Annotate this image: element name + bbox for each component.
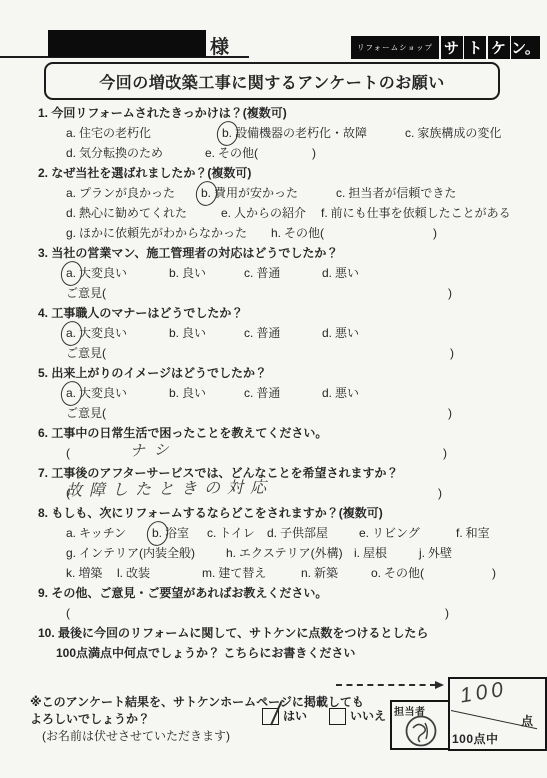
option-q2-a: a.プランが良かった [66,186,201,201]
option-key: d. [66,146,76,161]
question-1-options-row: a.住宅の老朽化b.設備機器の老朽化・故障c.家族構成の変化 [30,126,542,141]
close-paren: ) [312,146,316,161]
option-key: d. [322,386,332,401]
question-6-answer-line: (ナシ) [30,446,542,461]
option-label: 普通 [256,386,280,400]
option-label: 屋根 [363,546,387,560]
option-q1-e: e.その他( [205,146,258,161]
option-label: 熱心に勧めてくれた [79,206,187,220]
close-paren: ) [433,226,437,241]
option-label: プランが良かった [79,186,175,200]
option-q3-b: b.良い [169,266,244,281]
question-3-options-row: a.大変良いb.良いc.普通d.悪い [30,266,542,281]
question-8-text: 8. もしも、次にリフォームするならどこをされますか？(複数可) [30,506,542,521]
question-8-options-row: a.キッチンb.浴室c.トイレd.子供部屋e.リビングf.和室 [30,526,542,541]
yes-label: はい [283,708,307,725]
option-q5-c: c.普通 [244,386,322,401]
option-q3-d: d.悪い [322,266,359,281]
circled-answer-mark: b. [222,126,232,141]
score-denominator-label: 100点中 [452,730,499,747]
option-key: g. [66,546,76,561]
answer-line-label: ご意見( [66,286,106,301]
option-key: c. [244,386,253,401]
question-5: 5. 出来上がりのイメージはどうでしたか？a.大変良いb.良いc.普通d.悪いご… [30,366,542,421]
satoken-logo: リフォームショップ サ ト ケ ン。 [351,36,540,59]
option-label: キッチン [79,526,126,540]
question-2-options-row: d.熱心に勧めてくれたe.人からの紹介f.前にも仕事を依頼したことがある [30,206,542,221]
option-label: その他( [384,566,424,580]
option-label: 浴室 [165,526,189,540]
question-3-answer-line: ご意見() [30,286,542,301]
redacted-name-block [48,30,206,57]
option-key: d. [66,206,76,221]
option-key: a. [66,526,76,541]
option-label: リビング [372,526,420,540]
option-q1-b: b.設備機器の老朽化・故障 [222,126,405,141]
question-2-options-row: a.プランが良かったb.費用が安かったc.担当者が信頼できた [30,186,542,201]
option-label: 外壁 [428,546,452,560]
question-10-text2: 100点満点中何点でしょうか？ こちらにお書きください [30,646,542,661]
option-key: j. [419,546,425,561]
option-label: 大変良い [79,326,127,340]
answer-line-label: ( [66,606,70,621]
option-label: 改装 [126,566,150,580]
questions: 1. 今回リフォームされたきっかけは？(複数可)a.住宅の老朽化b.設備機器の老… [30,106,542,666]
no-label: いいえ [350,708,386,725]
close-paren: ) [492,566,496,581]
logo-prefix-text: リフォームショップ [351,36,439,59]
option-key: b. [169,386,179,401]
question-7-text: 7. 工事後のアフターサービスでは、どんなことを希望されますか？ [30,466,542,481]
question-10-text: 10. 最後に今回のリフォームに関して、サトケンに点数をつけるとしたら [30,626,542,641]
yes-checkbox [262,708,279,725]
anonymity-note: (お名前は伏せさせていただきます) [30,728,410,745]
option-label: エクステリア(外構) [239,546,343,560]
option-key: h. [226,546,236,561]
option-key: a. [66,186,76,201]
option-label: 和室 [466,526,490,540]
option-key: e. [359,526,369,541]
option-q4-b: b.良い [169,326,244,341]
staff-stamp-box: 担当者 [390,700,450,750]
option-q8-f: f.和室 [456,526,490,541]
question-8: 8. もしも、次にリフォームするならどこをされますか？(複数可)a.キッチンb.… [30,506,542,581]
option-q8-i: i.屋根 [354,546,419,561]
circled-answer-mark: a. [66,386,76,401]
option-label: 悪い [335,266,359,280]
option-key: l. [117,566,123,581]
option-key: c. [405,126,414,141]
option-q8-d: d.子供部屋 [267,526,359,541]
option-q8-b: b.浴室 [152,526,207,541]
form-title: 今回の増改築工事に関するアンケートのお願い [44,62,500,100]
publish-consent-choices: はい いいえ [262,708,386,725]
option-label: 増築 [78,566,102,580]
option-q8-g: g.インテリア(内装全般) [66,546,226,561]
circled-answer-mark: b. [152,526,162,541]
logo-letter-block: ト [464,36,486,59]
option-label: 普通 [256,266,280,280]
question-1: 1. 今回リフォームされたきっかけは？(複数可)a.住宅の老朽化b.設備機器の老… [30,106,542,161]
option-q3-c: c.普通 [244,266,322,281]
no-checkbox [329,708,346,725]
question-7: 7. 工事後のアフターサービスでは、どんなことを希望されますか？(故障したときの… [30,466,542,501]
question-2: 2. なぜ当社を選ばれましたか？(複数可)a.プランが良かったb.費用が安かった… [30,166,542,241]
answer-line-label: ( [66,446,70,461]
option-q2-e: e.人からの紹介 [221,206,321,221]
option-q5-a: a.大変良い [66,386,169,401]
option-label: 普通 [256,326,280,340]
close-paren: ) [443,446,447,461]
option-label: 良い [182,266,206,280]
close-paren: ) [448,406,452,421]
option-key: e. [221,206,231,221]
option-label: 費用が安かった [214,186,298,200]
option-q8-m: m.建て替え [202,566,301,581]
option-label: 新築 [314,566,338,580]
question-6-text: 6. 工事中の日常生活で困ったことを教えてください。 [30,426,542,441]
option-label: 大変良い [79,386,127,400]
question-2-text: 2. なぜ当社を選ばれましたか？(複数可) [30,166,542,181]
option-label: 子供部屋 [280,526,328,540]
option-q2-h: h.その他( [271,226,324,241]
option-label: 気分転換のため [79,146,163,160]
option-key: n. [301,566,311,581]
answer-line-label: ご意見( [66,346,106,361]
option-q1-d: d.気分転換のため [66,146,205,161]
question-5-answer-line: ご意見() [30,406,542,421]
circled-answer-mark: a. [66,326,76,341]
option-q8-k: k.増築 [66,566,117,581]
option-label: 良い [182,386,206,400]
question-9-answer-line: () [30,606,542,621]
option-q8-h: h.エクステリア(外構) [226,546,354,561]
option-label: その他( [218,146,258,160]
option-label: 人からの紹介 [234,206,306,220]
logo-letter-block: ケ [488,36,510,59]
option-key: d. [322,266,332,281]
option-label: 家族構成の変化 [417,126,501,140]
question-4-text: 4. 工事職人のマナーはどうでしたか？ [30,306,542,321]
option-q5-d: d.悪い [322,386,359,401]
staff-stamp-icon [404,714,438,748]
answer-line-label: ご意見( [66,406,106,421]
option-label: 悪い [335,326,359,340]
option-q2-c: c.担当者が信頼できた [336,186,456,201]
option-q8-e: e.リビング [359,526,456,541]
question-4-answer-line: ご意見() [30,346,542,361]
question-7-answer-line: (故障したときの対応) [30,486,542,501]
option-label: インテリア(内装全般) [79,546,195,560]
option-q2-d: d.熱心に勧めてくれた [66,206,221,221]
option-q8-l: l.改装 [117,566,202,581]
logo-letter-block: サ [441,36,463,59]
question-1-text: 1. 今回リフォームされたきっかけは？(複数可) [30,106,542,121]
option-key: d. [322,326,332,341]
question-8-options-row: g.インテリア(内装全般)h.エクステリア(外構)i.屋根j.外壁 [30,546,542,561]
option-label: 大変良い [79,266,127,280]
option-label: 悪い [335,386,359,400]
question-1-options-row: d.気分転換のためe.その他() [30,146,542,161]
option-label: 前にも仕事を依頼したことがある [331,206,511,220]
option-key: i. [354,546,360,561]
option-key: a. [66,126,76,141]
score-unit-label: 点 [521,712,533,729]
option-key: k. [66,566,75,581]
publish-consent-line2: よろしいでしょうか？ はい いいえ [30,711,410,728]
option-key: b. [169,326,179,341]
question-10: 10. 最後に今回のリフォームに関して、サトケンに点数をつけるとしたら100点満… [30,626,542,661]
option-q4-a: a.大変良い [66,326,169,341]
close-paren: ) [438,486,442,501]
option-label: 設備機器の老朽化・故障 [235,126,367,140]
question-3-text: 3. 当社の営業マン、施工管理者の対応はどうでしたか？ [30,246,542,261]
option-label: 担当者が信頼できた [348,186,456,200]
close-paren: ) [448,286,452,301]
circled-answer-mark: a. [66,266,76,281]
option-key: o. [371,566,381,581]
question-5-text: 5. 出来上がりのイメージはどうでしたか？ [30,366,542,381]
question-9: 9. その他、ご意見・ご要望があればお教えください。() [30,586,542,621]
option-key: d. [267,526,277,541]
option-q5-b: b.良い [169,386,244,401]
question-4-options-row: a.大変良いb.良いc.普通d.悪い [30,326,542,341]
option-q8-o: o.その他( [371,566,424,581]
logo-letter-block: ン。 [511,36,540,59]
option-q1-a: a.住宅の老朽化 [66,126,222,141]
question-6: 6. 工事中の日常生活で困ったことを教えてください。(ナシ) [30,426,542,461]
option-q4-c: c.普通 [244,326,322,341]
handwritten-answer: ナシ [130,442,178,459]
option-q2-g: g.ほかに依頼先がわからなかった [66,226,271,241]
question-8-options-row: k.増築l.改装m.建て替えn.新築o.その他() [30,566,542,581]
handwritten-answer: 故障したときの対応 [66,480,273,499]
close-paren: ) [450,346,454,361]
option-key: c. [244,326,253,341]
option-key: e. [205,146,215,161]
option-q8-c: c.トイレ [207,526,267,541]
option-key: f. [456,526,463,541]
question-4: 4. 工事職人のマナーはどうでしたか？a.大変良いb.良いc.普通d.悪いご意見… [30,306,542,361]
option-q1-c: c.家族構成の変化 [405,126,501,141]
question-9-text: 9. その他、ご意見・ご要望があればお教えください。 [30,586,542,601]
option-q8-a: a.キッチン [66,526,152,541]
arrow-to-score-box-icon [336,684,436,686]
option-key: g. [66,226,76,241]
question-2-options-row: g.ほかに依頼先がわからなかったh.その他() [30,226,542,241]
option-q8-j: j.外壁 [419,546,452,561]
option-q2-b: b.費用が安かった [201,186,336,201]
option-key: c. [207,526,216,541]
circled-answer-mark: b. [201,186,211,201]
option-label: 住宅の老朽化 [79,126,151,140]
question-5-options-row: a.大変良いb.良いc.普通d.悪い [30,386,542,401]
footer-note: ※このアンケート結果を、サトケンホームページに掲載しても よろしいでしょうか？ … [30,694,410,745]
publish-consent-question: よろしいでしょうか？ [30,712,150,726]
option-label: その他( [284,226,324,240]
option-label: ほかに依頼先がわからなかった [79,226,247,240]
option-key: c. [336,186,345,201]
option-label: トイレ [219,526,254,540]
option-key: b. [169,266,179,281]
option-key: m. [202,566,215,581]
question-3: 3. 当社の営業マン、施工管理者の対応はどうでしたか？a.大変良いb.良いc.普… [30,246,542,301]
option-key: c. [244,266,253,281]
honorific-sama: 様 [210,32,230,59]
close-paren: ) [445,606,449,621]
option-key: f. [321,206,328,221]
option-q4-d: d.悪い [322,326,359,341]
option-q3-a: a.大変良い [66,266,169,281]
option-label: 良い [182,326,206,340]
option-q8-n: n.新築 [301,566,371,581]
option-key: h. [271,226,281,241]
option-q2-f: f.前にも仕事を依頼したことがある [321,206,511,221]
option-label: 建て替え [218,566,266,580]
